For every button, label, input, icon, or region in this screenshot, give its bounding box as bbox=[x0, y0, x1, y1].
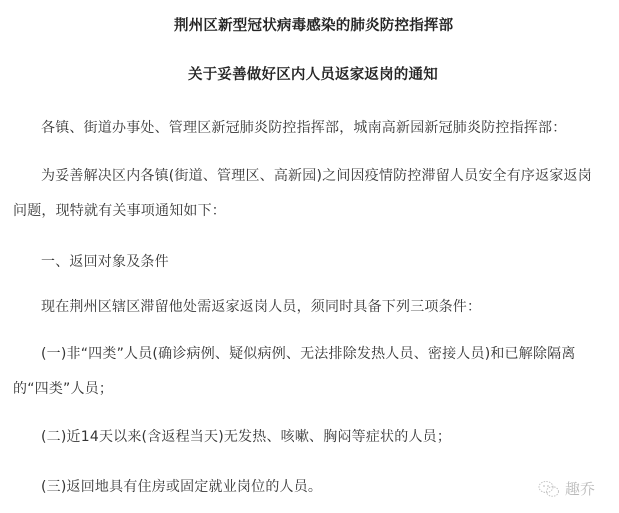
condition-3: (三)返回地具有住房或固定就业岗位的人员。 bbox=[41, 479, 322, 495]
intro-paragraph-line-1: 为妥善解决区内各镇(街道、管理区、高新园)之间因疫情防控滞留人员安全有序返家返岗 bbox=[41, 168, 592, 184]
document-title: 荆州区新型冠状病毒感染的肺炎防控指挥部 bbox=[174, 18, 453, 34]
condition-1-line-1: (一)非“四类”人员(确诊病例、疑似病例、无法排除发热人员、密接人员)和已解除隔… bbox=[41, 346, 576, 362]
wechat-icon bbox=[538, 480, 560, 498]
section-intro: 现在荆州区辖区滞留他处需返家返岗人员，须同时具备下列三项条件： bbox=[41, 299, 481, 315]
condition-1-line-2: 的“四类”人员； bbox=[13, 381, 113, 397]
document-subtitle: 关于妥善做好区内人员返家返岗的通知 bbox=[188, 67, 438, 83]
watermark-text: 趣乔 bbox=[565, 478, 595, 499]
condition-2: (二)近14天以来(含返程当天)无发热、咳嗽、胸闷等症状的人员； bbox=[41, 429, 451, 445]
intro-paragraph-line-2: 问题，现特就有关事项通知如下： bbox=[13, 203, 226, 219]
section-heading: 一、返回对象及条件 bbox=[41, 254, 169, 270]
watermark: 趣乔 bbox=[538, 478, 595, 499]
addressee-paragraph: 各镇、街道办事处、管理区新冠肺炎防控指挥部，城南高新园新冠肺炎防控指挥部： bbox=[41, 120, 566, 136]
